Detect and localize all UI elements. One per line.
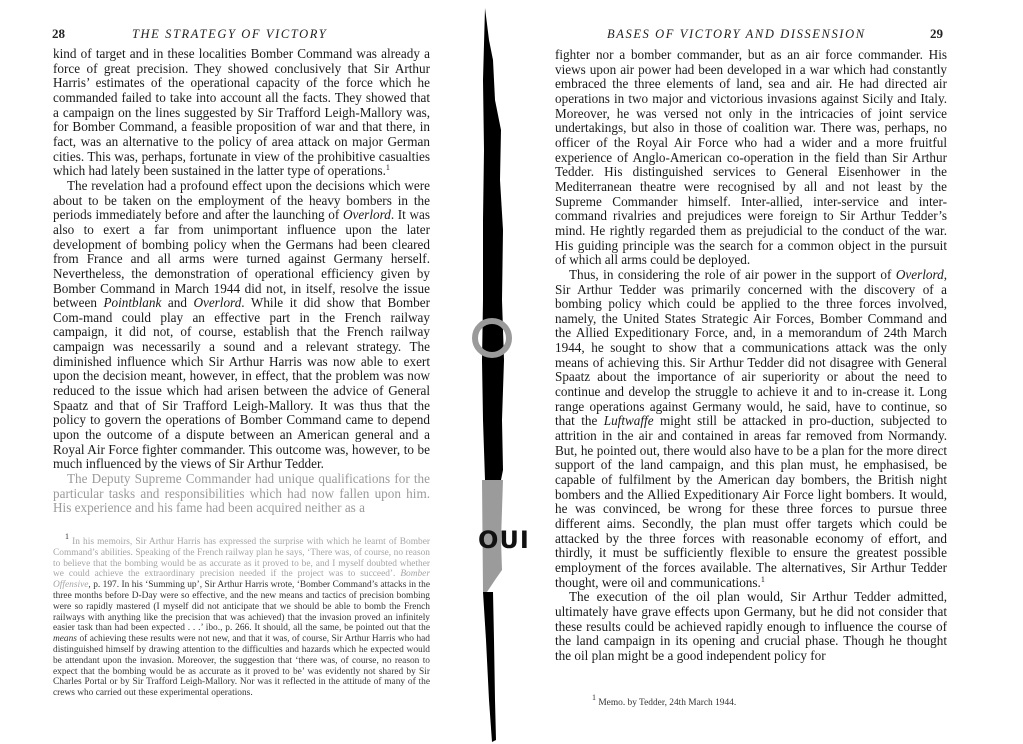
running-head: Bases of Victory and Dissension xyxy=(607,27,866,42)
footnotes: 1 Memo. by Tedder, 24th March 1944. xyxy=(580,698,880,709)
right-page: Bases of Victory and Dissension 29 fight… xyxy=(545,0,1023,744)
paragraph: The revelation had a profound effect upo… xyxy=(53,179,430,472)
footnote-marker[interactable]: 1 xyxy=(761,575,765,584)
page-number: 29 xyxy=(930,26,943,42)
paragraph: kind of target and in these localities B… xyxy=(53,47,430,179)
paragraph: fighter nor a bomber commander, but as a… xyxy=(555,48,947,268)
watermark: OUI xyxy=(478,526,530,554)
footnote: 1 Memo. by Tedder, 24th March 1944. xyxy=(580,698,880,709)
left-page: 28 The Strategy of Victory kind of targe… xyxy=(0,0,470,744)
paragraph: Thus, in considering the role of air pow… xyxy=(555,268,947,590)
book-spine-shadow xyxy=(455,0,545,744)
paragraph: The execution of the oil plan would, Sir… xyxy=(555,590,947,663)
paragraph: The Deputy Supreme Commander had unique … xyxy=(53,472,430,516)
running-head: The Strategy of Victory xyxy=(132,27,327,42)
footnote-marker[interactable]: 1 xyxy=(386,163,390,172)
footnote: 1 In his memoirs, Sir Arthur Harris has … xyxy=(53,537,430,699)
footnotes: 1 In his memoirs, Sir Arthur Harris has … xyxy=(53,537,430,699)
body-text: fighter nor a bomber commander, but as a… xyxy=(555,48,947,664)
page-number: 28 xyxy=(52,26,65,42)
body-text: kind of target and in these localities B… xyxy=(53,47,430,516)
